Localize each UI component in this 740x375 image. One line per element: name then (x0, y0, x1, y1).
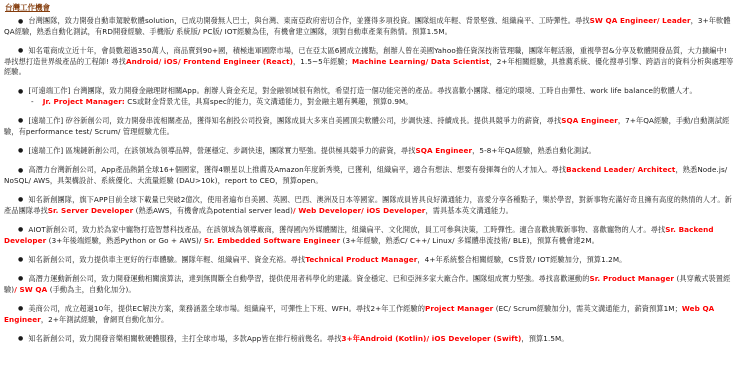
job-role-highlight: SW QA Engineer/ Leader (590, 16, 691, 25)
job-role-highlight: SQA Engineer (416, 146, 473, 155)
document-page: 台灣工作機會 ●台灣團隊，致力開發自動車駕駛軟體solution，已成功開發無人… (0, 0, 740, 375)
job-role-highlight: Jr. Project Manager: (43, 97, 125, 106)
job-description-text: (EC/ Scrum經驗加分)，需英文溝通能力，薪資預算1M； (493, 304, 682, 313)
job-description-text: ，2+年測試經驗，會網頁自動化加分。 (41, 315, 168, 324)
job-role-highlight: / Web Developer/ iOS Developer (293, 206, 425, 215)
bullet-icon: ● (18, 305, 23, 312)
job-description-text: 知名新創公司，致力提供車主更好的行車體驗。團隊年輕、組織扁平、資金充裕。尋找 (28, 255, 305, 264)
job-description-text: (手動為主，自動化加分)。 (47, 285, 135, 294)
bullet-icon: ● (18, 18, 23, 25)
job-listing-item: ●[可遠端工作] 台灣團隊，致力開發金融理財相關App。創辦人資金充足，對金融領… (4, 86, 735, 107)
bullet-icon: ● (18, 226, 23, 233)
job-description-text: 美商公司，成立超過10年，提供EC解決方案，業務涵蓋全球市場。組織扁平，可彈性上… (28, 304, 425, 313)
job-listing-item: ●知名電商成立近十年，會員數超過350萬人，商品賣到90+國，積極進軍國際市場，… (4, 46, 735, 78)
job-description-text: [遠端工作] 區塊鏈新創公司，在該領域為領導品牌，營運穩定、步調快速，團隊實力堅… (28, 146, 415, 155)
job-description-text: (3+年後端經驗，熟悉Python or Go + AWS)/ (46, 236, 204, 245)
bullet-icon: ● (18, 275, 23, 282)
job-description-text: ，5-8+年QA經驗，熟悉自動化測試。 (472, 146, 596, 155)
job-description-text: ，需具基本英文溝通能力。 (425, 206, 512, 215)
job-description-text: CS或財金背景尤佳，具寫spec的能力，英文溝通能力，對金融主題有興趣，預算0.… (125, 97, 413, 106)
job-description-text: (3+年經驗，熟悉C/ C++/ Linux/ 多媒體串流技術/ BLE)，預算… (340, 236, 599, 245)
bullet-icon: ● (18, 117, 23, 124)
job-listing-item: ●知名新創公司，致力開發音樂相關軟硬體服務，主打全球市場，多款App皆在排行榜前… (4, 334, 735, 345)
job-role-highlight: Backend Leader/ Architect (566, 165, 675, 174)
job-listing-item: ●知名新創公司，致力提供車主更好的行車體驗。團隊年輕、組織扁平、資金充裕。尋找T… (4, 255, 735, 266)
job-description-text: 知名新創公司，致力開發音樂相關軟硬體服務，主打全球市場，多款App皆在排行榜前幾… (28, 334, 341, 343)
job-role-highlight: Sr. Product Manager (590, 274, 675, 283)
job-description-text: ，預算1.5M。 (521, 334, 568, 343)
job-role-highlight: 3+年Android (Kotlin)/ iOS Developer (Swif… (341, 334, 521, 343)
job-description-text: [可遠端工作] 台灣團隊，致力開發金融理財相關App。創辦人資金充足，對金融領域… (28, 86, 696, 95)
job-description-text: ，1.5~5年經驗； (293, 57, 352, 66)
job-description-text: ，4+年系統整合相關經驗，CS背景/ IOT經驗加分，預算1.2M。 (417, 255, 626, 264)
job-description-text: [遠端工作] 矽谷新創公司，致力開發串流相關產品，獲得知名創投公司投資，團隊成員… (28, 116, 561, 125)
bullet-icon: ● (18, 147, 23, 154)
job-sub-item: -Jr. Project Manager: CS或財金背景尤佳，具寫spec的能… (4, 97, 735, 107)
job-description-text: AIOT新創公司，致力於為家中寵物打造智慧科技產品，在該領域為領導廠商，獲得國內… (28, 225, 665, 234)
job-role-highlight: Android/ iOS/ Frontend Engineer (React) (126, 57, 293, 66)
job-listing-item: ●高潛力運動新創公司，致力開發運動相關演算法，達到無間斷全自動學習，提供使用者科… (4, 274, 735, 295)
sub-item-dash: - (31, 97, 34, 106)
job-role-highlight: SQA Engineer (561, 116, 618, 125)
bullet-icon: ● (18, 167, 23, 174)
job-listing-item: ●[遠端工作] 區塊鏈新創公司，在該領域為領導品牌，營運穩定、步調快速，團隊實力… (4, 146, 735, 157)
page-title: 台灣工作機會 (5, 3, 735, 12)
job-role-highlight: Sr. Server Developer (48, 206, 134, 215)
job-listing-item: ●[遠端工作] 矽谷新創公司，致力開發串流相關產品，獲得知名創投公司投資，團隊成… (4, 116, 735, 137)
bullet-icon: ● (18, 196, 23, 203)
job-listing-item: ●台灣團隊，致力開發自動車駕駛軟體solution，已成功開發無人巴士，與台灣、… (4, 16, 735, 37)
bullet-icon: ● (18, 47, 23, 54)
job-listings: ●台灣團隊，致力開發自動車駕駛軟體solution，已成功開發無人巴士，與台灣、… (4, 16, 735, 344)
job-listing-item: ●高潛力台灣新創公司，App產品熱銷全球16+個國家，獲得4顆星以上推薦及Ama… (4, 165, 735, 186)
job-listing-item: ●美商公司，成立超過10年，提供EC解決方案，業務涵蓋全球市場。組織扁平，可彈性… (4, 304, 735, 325)
job-description-text: 台灣團隊，致力開發自動車駕駛軟體solution，已成功開發無人巴士，與台灣、東… (28, 16, 589, 25)
job-description-text: 高潛力運動新創公司，致力開發運動相關演算法，達到無間斷全自動學習，提供使用者科學… (28, 274, 589, 283)
job-description-text: (熟悉AWS，有機會成為potential server lead) (133, 206, 293, 215)
job-description-text: 高潛力台灣新創公司，App產品熱銷全球16+個國家，獲得4顆星以上推薦及Amaz… (28, 165, 566, 174)
job-role-highlight: Sr. Embedded Software Engineer (204, 236, 340, 245)
bullet-icon: ● (18, 335, 23, 342)
job-role-highlight: Technical Product Manager (305, 255, 417, 264)
bullet-icon: ● (18, 256, 23, 263)
job-role-highlight: Project Manager (425, 304, 493, 313)
job-role-highlight: Machine Learning/ Data Scientist (352, 57, 489, 66)
job-listing-item: ●知名新創團隊，旗下APP目前全球下載量已突破2億次，使用者遍布自美國、英國、巴… (4, 195, 735, 216)
bullet-icon: ● (18, 88, 23, 95)
job-role-highlight: / SW QA (14, 285, 47, 294)
job-listing-item: ●AIOT新創公司，致力於為家中寵物打造智慧科技產品，在該領域為領導廠商，獲得國… (4, 225, 735, 246)
